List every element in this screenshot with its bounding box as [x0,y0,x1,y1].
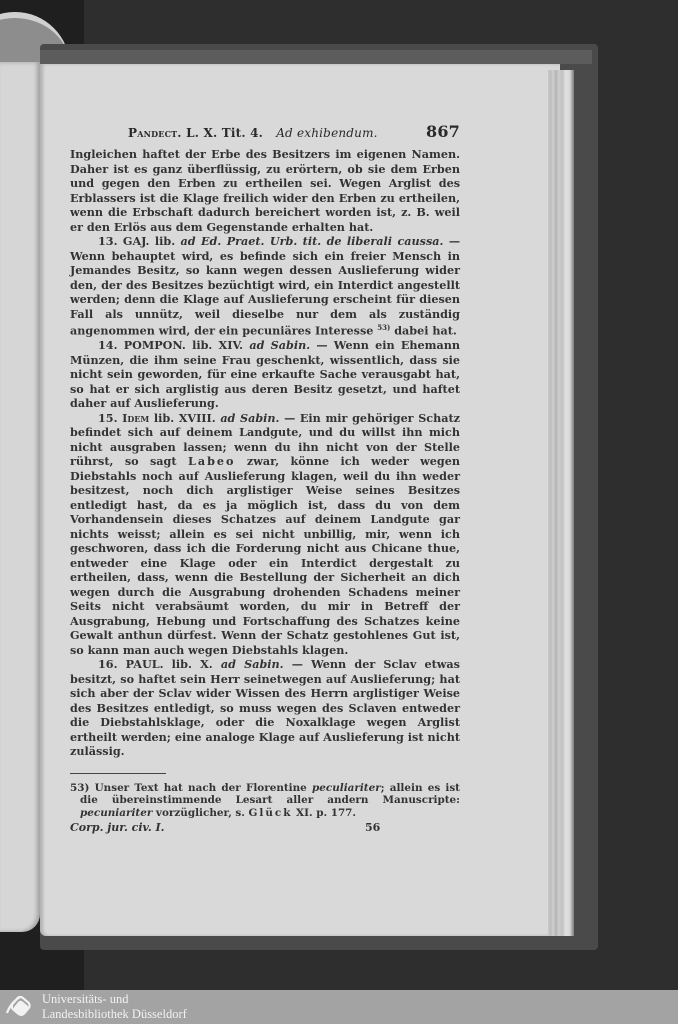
footnote-ref: 53) [377,323,390,332]
paragraph-16: 16. PAUL. lib. X. ad Sabin. — Wenn der S… [70,657,460,759]
paragraph-14: 14. POMPON. lib. XIV. ad Sabin. — Wenn e… [70,338,460,411]
footnote-53: 53) Unser Text hat nach der Florentine p… [70,782,460,820]
library-name: Universitäts- und Landesbibliothek Düsse… [42,992,187,1021]
paragraph-15: 15. Idem lib. XVIII. ad Sabin. — Ein mir… [70,411,460,658]
paragraph-continuation: Ingleichen haftet der Erbe des Besitzers… [70,147,460,234]
page-number: 867 [426,122,460,141]
left-facing-page [0,62,40,932]
book-cover-top-edge [40,50,592,64]
library-logo-icon [4,993,34,1021]
signature-line: Corp. jur. civ. I. 56 [70,821,460,834]
paragraph-13: 13. GAJ. lib. ad Ed. Praet. Urb. tit. de… [70,234,460,338]
running-head-left: Pandect. L. X. Tit. 4. Ad exhibendum. [128,126,378,140]
page-edges [548,70,574,936]
signature-number: 56 [365,821,380,834]
library-footer-bar: Universitäts- und Landesbibliothek Düsse… [0,990,678,1024]
footnote-rule [70,773,166,774]
signature-title: Corp. jur. civ. I. [70,821,365,834]
page-content: Pandect. L. X. Tit. 4. Ad exhibendum. 86… [70,122,460,834]
running-head-title: Ad exhibendum. [276,126,378,140]
running-head: Pandect. L. X. Tit. 4. Ad exhibendum. 86… [128,122,460,141]
body-text: Ingleichen haftet der Erbe des Besitzers… [70,147,460,759]
